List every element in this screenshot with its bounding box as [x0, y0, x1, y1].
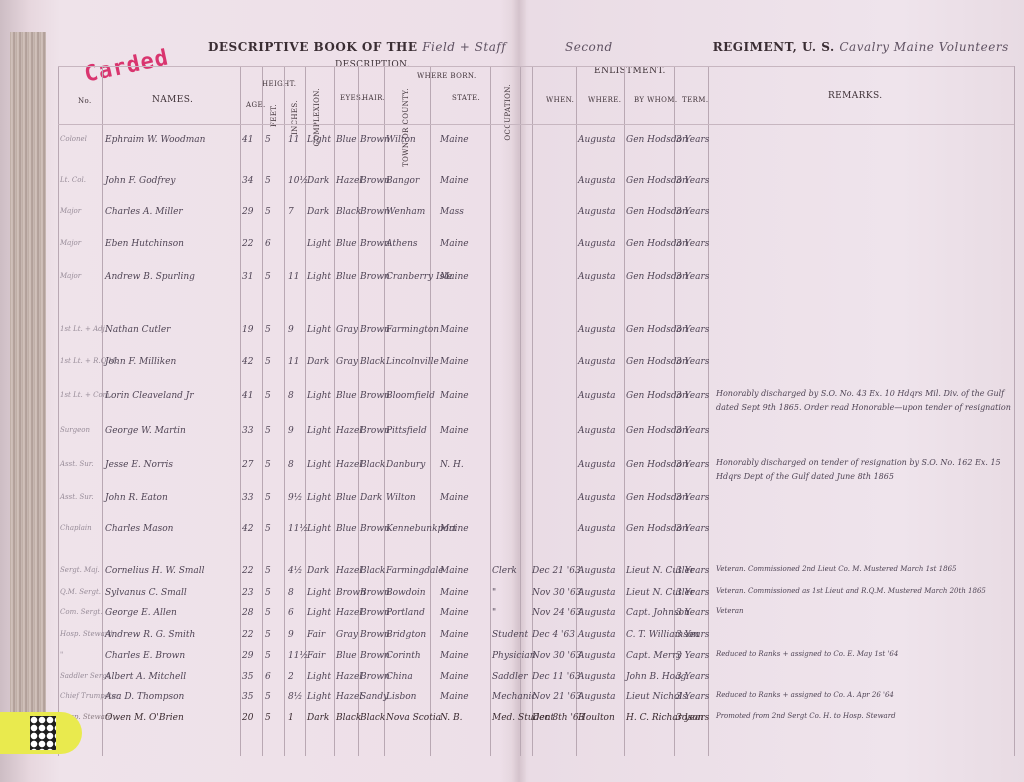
- cell-eyes: Blue: [336, 272, 357, 282]
- cell-inches: 11: [288, 135, 299, 145]
- cell-feet: 5: [265, 325, 271, 335]
- cell-town: Danbury: [386, 460, 425, 470]
- cell-complexion: Light: [307, 692, 331, 702]
- cell-feet: 5: [265, 272, 271, 282]
- cell-feet: 5: [265, 135, 271, 145]
- cell-inches: 8: [288, 588, 294, 598]
- cell-eyes: Hazel: [336, 176, 362, 186]
- cell-where: Augusta: [578, 651, 615, 661]
- cell-when: Dec 11 '63: [532, 672, 581, 682]
- cell-state: Maine: [440, 493, 469, 503]
- cell-town: Nova Scotia: [386, 713, 441, 723]
- cell-name: Nathan Cutler: [105, 325, 170, 335]
- table-row: 1st Lt. + Adj.Nathan Cutler1959LightGray…: [0, 325, 1024, 339]
- cell-name: Lorin Cleaveland Jr: [105, 391, 194, 401]
- cell-town: Bangor: [386, 176, 419, 186]
- cell-inches: 11½: [288, 651, 308, 661]
- cell-occupation: Student: [492, 630, 528, 640]
- table-row: MajorAndrew B. Spurling31511LightBlueBro…: [0, 272, 1024, 286]
- header-where-born: WHERE BORN.: [417, 72, 477, 80]
- cell-age: 22: [242, 566, 253, 576]
- cell-rank: Com. Sergt.: [60, 608, 102, 616]
- cell-age: 31: [242, 272, 253, 282]
- cell-complexion: Light: [307, 493, 331, 503]
- yellow-clip: [0, 712, 82, 754]
- remark-text: Reduced to Ranks + assigned to Co. E. Ma…: [716, 647, 1016, 661]
- cell-eyes: Hazel: [336, 460, 362, 470]
- cell-town: Bowdoin: [386, 588, 426, 598]
- cell-state: N. B.: [440, 713, 463, 723]
- cell-where: Houlton: [578, 713, 615, 723]
- cell-state: N. H.: [440, 460, 464, 470]
- cell-occupation: Saddler: [492, 672, 528, 682]
- cell-eyes: Gray: [336, 357, 358, 367]
- cell-feet: 5: [265, 692, 271, 702]
- title-regiment-number: Second: [565, 40, 613, 54]
- cell-occupation: ": [492, 608, 496, 618]
- cell-where: Augusta: [578, 426, 615, 436]
- header-state: STATE.: [452, 94, 480, 102]
- header-eyes: EYES.: [340, 94, 364, 102]
- cell-age: 20: [242, 713, 253, 723]
- cell-town: Bridgton: [386, 630, 426, 640]
- cell-inches: 6: [288, 608, 294, 618]
- cell-eyes: Hazel: [336, 566, 362, 576]
- cell-name: Ephraim W. Woodman: [105, 135, 205, 145]
- cell-feet: 6: [265, 672, 271, 682]
- cell-when: Nov 30 '63: [532, 651, 581, 661]
- cell-where: Augusta: [578, 391, 615, 401]
- cell-hair: Black: [360, 566, 385, 576]
- cell-state: Maine: [440, 239, 469, 249]
- cell-age: 28: [242, 608, 253, 618]
- page-title-right: SecondREGIMENT, U. S. Cavalry Maine Volu…: [565, 40, 1009, 54]
- cell-name: George E. Allen: [105, 608, 177, 618]
- cell-inches: 11: [288, 357, 299, 367]
- cell-complexion: Light: [307, 460, 331, 470]
- cell-feet: 5: [265, 357, 271, 367]
- cell-where: Augusta: [578, 672, 615, 682]
- cell-town: Wilton: [386, 135, 416, 145]
- cell-complexion: Light: [307, 588, 331, 598]
- cell-term: 3 Years: [676, 566, 709, 576]
- table-row: MajorCharles A. Miller2957DarkBlackBrown…: [0, 207, 1024, 221]
- cell-name: Sylvanus C. Small: [105, 588, 187, 598]
- cell-term: 3 Years: [676, 239, 709, 249]
- cell-occupation: Mechanic: [492, 692, 536, 702]
- cell-name: Charles Mason: [105, 524, 173, 534]
- cell-eyes: Gray: [336, 630, 358, 640]
- cell-term: 3 Years: [676, 460, 709, 470]
- cell-inches: 2: [288, 672, 294, 682]
- table-row: MajorEben Hutchinson226LightBlueBrownAth…: [0, 239, 1024, 253]
- cell-feet: 5: [265, 207, 271, 217]
- cell-state: Maine: [440, 608, 469, 618]
- cell-rank: 1st Lt. + Com.: [60, 391, 112, 399]
- cell-inches: 10½: [288, 176, 308, 186]
- cell-where: Augusta: [578, 207, 615, 217]
- header-rule: [58, 124, 1014, 125]
- cell-inches: 7: [288, 207, 294, 217]
- title-left-text: DESCRIPTIVE BOOK OF THE: [208, 40, 418, 54]
- cell-complexion: Light: [307, 524, 331, 534]
- cell-town: Bloomfield: [386, 391, 435, 401]
- cell-where: Augusta: [578, 588, 615, 598]
- cell-eyes: Black: [336, 207, 361, 217]
- cell-age: 34: [242, 176, 253, 186]
- cell-state: Maine: [440, 426, 469, 436]
- cell-occupation: Clerk: [492, 566, 517, 576]
- cell-rank: Surgeon: [60, 426, 90, 434]
- cell-where: Augusta: [578, 239, 615, 249]
- cell-complexion: Dark: [307, 176, 329, 186]
- cell-name: Andrew B. Spurling: [105, 272, 195, 282]
- cell-by-whom: Capt. Merry: [626, 651, 682, 661]
- title-right-text: REGIMENT, U. S.: [713, 40, 835, 54]
- cell-feet: 6: [265, 239, 271, 249]
- cell-where: Augusta: [578, 608, 615, 618]
- cell-complexion: Dark: [307, 566, 329, 576]
- cell-inches: 8½: [288, 692, 302, 702]
- cell-age: 29: [242, 651, 253, 661]
- title-left-handwritten: Field + Staff: [422, 40, 506, 54]
- cell-where: Augusta: [578, 460, 615, 470]
- cell-where: Augusta: [578, 692, 615, 702]
- cell-feet: 5: [265, 176, 271, 186]
- header-when: WHEN.: [546, 96, 574, 104]
- cell-feet: 5: [265, 588, 271, 598]
- cell-name: John R. Eaton: [105, 493, 168, 503]
- remark-text: Promoted from 2nd Sergt Co. H. to Hosp. …: [716, 709, 1016, 723]
- cell-town: Wenham: [386, 207, 425, 217]
- cell-rank: Lt. Col.: [60, 176, 86, 184]
- cell-feet: 5: [265, 524, 271, 534]
- remark-text: Veteran. Commissioned 2nd Lieut Co. M. M…: [716, 562, 1016, 576]
- cell-where: Augusta: [578, 493, 615, 503]
- cell-eyes: Hazel: [336, 672, 362, 682]
- cell-rank: Chaplain: [60, 524, 92, 532]
- cell-rank: Asst. Sur.: [60, 493, 94, 501]
- cell-town: Farmington: [386, 325, 439, 335]
- cell-term: 3 Years: [676, 357, 709, 367]
- cell-feet: 5: [265, 460, 271, 470]
- cell-complexion: Light: [307, 239, 331, 249]
- cell-name: Cornelius H. W. Small: [105, 566, 205, 576]
- cell-state: Maine: [440, 325, 469, 335]
- header-town: TOWN OR COUNTY.: [402, 88, 410, 167]
- cell-complexion: Light: [307, 608, 331, 618]
- cell-rank: Saddler Sergt.: [60, 672, 112, 680]
- cell-inches: 8: [288, 460, 294, 470]
- header-hair: HAIR.: [362, 94, 385, 102]
- cell-eyes: Hazel: [336, 608, 362, 618]
- cell-age: 33: [242, 426, 253, 436]
- cell-town: Athens: [386, 239, 418, 249]
- cell-feet: 5: [265, 713, 271, 723]
- cell-complexion: Light: [307, 272, 331, 282]
- cell-state: Maine: [440, 672, 469, 682]
- cell-state: Maine: [440, 630, 469, 640]
- cell-where: Augusta: [578, 524, 615, 534]
- cell-eyes: Blue: [336, 651, 357, 661]
- table-row: ChaplainCharles Mason42511½LightBlueBrow…: [0, 524, 1024, 538]
- cell-term: 3 Years: [676, 651, 709, 661]
- header-rule: [58, 66, 1014, 67]
- cell-rank: Q.M. Sergt.: [60, 588, 101, 596]
- cell-term: 3 Years: [676, 426, 709, 436]
- cell-eyes: Blue: [336, 524, 357, 534]
- cell-rank: Major: [60, 207, 81, 215]
- cell-age: 42: [242, 357, 253, 367]
- header-inches: INCHES.: [291, 100, 299, 135]
- cell-inches: 9½: [288, 493, 302, 503]
- cell-occupation: Physician: [492, 651, 536, 661]
- cell-where: Augusta: [578, 325, 615, 335]
- cell-term: 3 Years: [676, 524, 709, 534]
- cell-name: John F. Milliken: [105, 357, 176, 367]
- cell-state: Maine: [440, 272, 469, 282]
- cell-town: Farmingdale: [386, 566, 444, 576]
- cell-town: Wilton: [386, 493, 416, 503]
- cell-state: Maine: [440, 176, 469, 186]
- cell-when: Dec 8th '63: [532, 713, 584, 723]
- cell-eyes: Black: [336, 713, 361, 723]
- cell-eyes: Gray: [336, 325, 358, 335]
- cell-rank: 1st Lt. + Adj.: [60, 325, 107, 333]
- cell-age: 33: [242, 493, 253, 503]
- cell-eyes: Blue: [336, 493, 357, 503]
- cell-age: 41: [242, 135, 253, 145]
- cell-when: Dec 21 '63: [532, 566, 581, 576]
- cell-state: Maine: [440, 692, 469, 702]
- cell-name: Charles A. Miller: [105, 207, 183, 217]
- cell-name: Eben Hutchinson: [105, 239, 184, 249]
- cell-name: Albert A. Mitchell: [105, 672, 186, 682]
- page-title-left: DESCRIPTIVE BOOK OF THE Field + Staff: [208, 40, 506, 54]
- cell-feet: 5: [265, 391, 271, 401]
- cell-town: Lincolnville: [386, 357, 439, 367]
- cell-state: Maine: [440, 391, 469, 401]
- cell-age: 22: [242, 630, 253, 640]
- cell-complexion: Dark: [307, 713, 329, 723]
- cell-term: 3 Years: [676, 692, 709, 702]
- cell-complexion: Dark: [307, 207, 329, 217]
- header-remarks: REMARKS.: [828, 91, 882, 101]
- table-row: Asst. Sur.John R. Eaton3359½LightBlueDar…: [0, 493, 1024, 507]
- cell-state: Maine: [440, 524, 469, 534]
- cell-occupation: ": [492, 588, 496, 598]
- cell-where: Augusta: [578, 272, 615, 282]
- header-term: TERM.: [682, 96, 708, 104]
- cell-term: 3 Years: [676, 672, 709, 682]
- cell-town: Pittsfield: [386, 426, 427, 436]
- cell-age: 35: [242, 692, 253, 702]
- cell-feet: 5: [265, 426, 271, 436]
- cell-name: Asa D. Thompson: [105, 692, 184, 702]
- table-row: Hosp. StewardAndrew R. G. Smith2259FairG…: [0, 630, 1024, 644]
- cell-when: Nov 21 '63: [532, 692, 581, 702]
- cell-age: 29: [242, 207, 253, 217]
- cell-complexion: Fair: [307, 630, 325, 640]
- header-enlistment: ENLISTMENT.: [594, 66, 666, 76]
- cell-rank: ": [60, 651, 63, 659]
- cell-term: 3 Years: [676, 272, 709, 282]
- header-occupation: OCCUPATION.: [504, 84, 512, 141]
- cell-when: Nov 30 '63: [532, 588, 581, 598]
- cell-inches: 9: [288, 426, 294, 436]
- cell-name: Andrew R. G. Smith: [105, 630, 195, 640]
- cell-eyes: Blue: [336, 135, 357, 145]
- cell-age: 27: [242, 460, 253, 470]
- cell-hair: Black: [360, 357, 385, 367]
- cell-eyes: Hazel: [336, 426, 362, 436]
- clip-pattern: [30, 716, 56, 750]
- cell-term: 3 Years: [676, 630, 709, 640]
- cell-rank: Sergt. Maj.: [60, 566, 100, 574]
- cell-name: Charles E. Brown: [105, 651, 185, 661]
- cell-rank: Major: [60, 272, 81, 280]
- cell-complexion: Light: [307, 325, 331, 335]
- header-where: WHERE.: [588, 96, 621, 104]
- cell-eyes: Blue: [336, 239, 357, 249]
- cell-town: Lisbon: [386, 692, 416, 702]
- cell-name: Owen M. O'Brien: [105, 713, 184, 723]
- cell-rank: Asst. Sur.: [60, 460, 94, 468]
- cell-town: Portland: [386, 608, 425, 618]
- cell-age: 23: [242, 588, 253, 598]
- cell-term: 3 years: [676, 713, 709, 723]
- cell-hair: Black: [360, 713, 385, 723]
- cell-complexion: Light: [307, 426, 331, 436]
- table-row: Saddler Sergt.Albert A. Mitchell3562Ligh…: [0, 672, 1024, 686]
- cell-state: Maine: [440, 588, 469, 598]
- remark-text: Honorably discharged on tender of resign…: [716, 456, 1016, 484]
- cell-complexion: Fair: [307, 651, 325, 661]
- cell-name: Jesse E. Norris: [105, 460, 173, 470]
- cell-age: 41: [242, 391, 253, 401]
- cell-complexion: Light: [307, 135, 331, 145]
- cell-inches: 4½: [288, 566, 302, 576]
- header-description: DESCRIPTION.: [335, 60, 410, 70]
- cell-where: Augusta: [578, 176, 615, 186]
- title-regiment-name: Cavalry Maine Volunteers: [839, 40, 1008, 54]
- remark-text: Honorably discharged by S.O. No. 43 Ex. …: [716, 387, 1016, 415]
- cell-name: John F. Godfrey: [105, 176, 175, 186]
- cell-inches: 11½: [288, 524, 308, 534]
- cell-town: China: [386, 672, 413, 682]
- cell-inches: 9: [288, 325, 294, 335]
- cell-town: Corinth: [386, 651, 421, 661]
- cell-where: Augusta: [578, 566, 615, 576]
- cell-hair: Dark: [360, 493, 382, 503]
- cell-name: George W. Martin: [105, 426, 186, 436]
- header-height: HEIGHT.: [262, 80, 296, 88]
- cell-eyes: Hazel: [336, 692, 362, 702]
- cell-age: 22: [242, 239, 253, 249]
- cell-age: 42: [242, 524, 253, 534]
- cell-complexion: Dark: [307, 357, 329, 367]
- cell-term: 3 Years: [676, 325, 709, 335]
- cell-when: Dec 4 '63: [532, 630, 575, 640]
- cell-hair: Sandy: [360, 692, 388, 702]
- cell-feet: 5: [265, 566, 271, 576]
- cell-where: Augusta: [578, 357, 615, 367]
- cell-inches: 11: [288, 272, 299, 282]
- cell-feet: 5: [265, 608, 271, 618]
- cell-term: 3 Years: [676, 608, 709, 618]
- cell-inches: 8: [288, 391, 294, 401]
- cell-inches: 9: [288, 630, 294, 640]
- remark-text: Reduced to Ranks + assigned to Co. A. Ap…: [716, 688, 1016, 702]
- table-row: 1st Lt. + R.Q.M.John F. Milliken42511Dar…: [0, 357, 1024, 371]
- table-row: Lt. Col.John F. Godfrey34510½DarkHazelBr…: [0, 176, 1024, 190]
- cell-term: 3 Years: [676, 176, 709, 186]
- cell-term: 3 Years: [676, 207, 709, 217]
- cell-state: Maine: [440, 135, 469, 145]
- cell-term: 3 Years: [676, 493, 709, 503]
- cell-eyes: Blue: [336, 391, 357, 401]
- cell-age: 19: [242, 325, 253, 335]
- cell-term: 3 Years: [676, 135, 709, 145]
- cell-hair: Black: [360, 460, 385, 470]
- cell-state: Maine: [440, 651, 469, 661]
- cell-complexion: Light: [307, 672, 331, 682]
- header-no: No.: [78, 97, 92, 105]
- cell-rank: Major: [60, 239, 81, 247]
- cell-feet: 5: [265, 493, 271, 503]
- cell-when: Nov 24 '63: [532, 608, 581, 618]
- cell-feet: 5: [265, 630, 271, 640]
- cell-term: 3 Years: [676, 391, 709, 401]
- cell-term: 3 Years: [676, 588, 709, 598]
- remark-text: Veteran: [716, 604, 1016, 618]
- cell-where: Augusta: [578, 135, 615, 145]
- cell-age: 35: [242, 672, 253, 682]
- header-names: NAMES.: [152, 95, 193, 105]
- cell-state: Maine: [440, 357, 469, 367]
- table-row: ColonelEphraim W. Woodman41511LightBlueB…: [0, 135, 1024, 149]
- cell-rank: Colonel: [60, 135, 87, 143]
- cell-feet: 5: [265, 651, 271, 661]
- header-by-whom: BY WHOM.: [634, 96, 678, 104]
- cell-state: Mass: [440, 207, 464, 217]
- cell-state: Maine: [440, 566, 469, 576]
- cell-where: Augusta: [578, 630, 615, 640]
- cell-complexion: Light: [307, 391, 331, 401]
- cell-inches: 1: [288, 713, 294, 723]
- table-row: SurgeonGeorge W. Martin3359LightHazelBro…: [0, 426, 1024, 440]
- remark-text: Veteran. Commissioned as 1st Lieut and R…: [716, 584, 1016, 598]
